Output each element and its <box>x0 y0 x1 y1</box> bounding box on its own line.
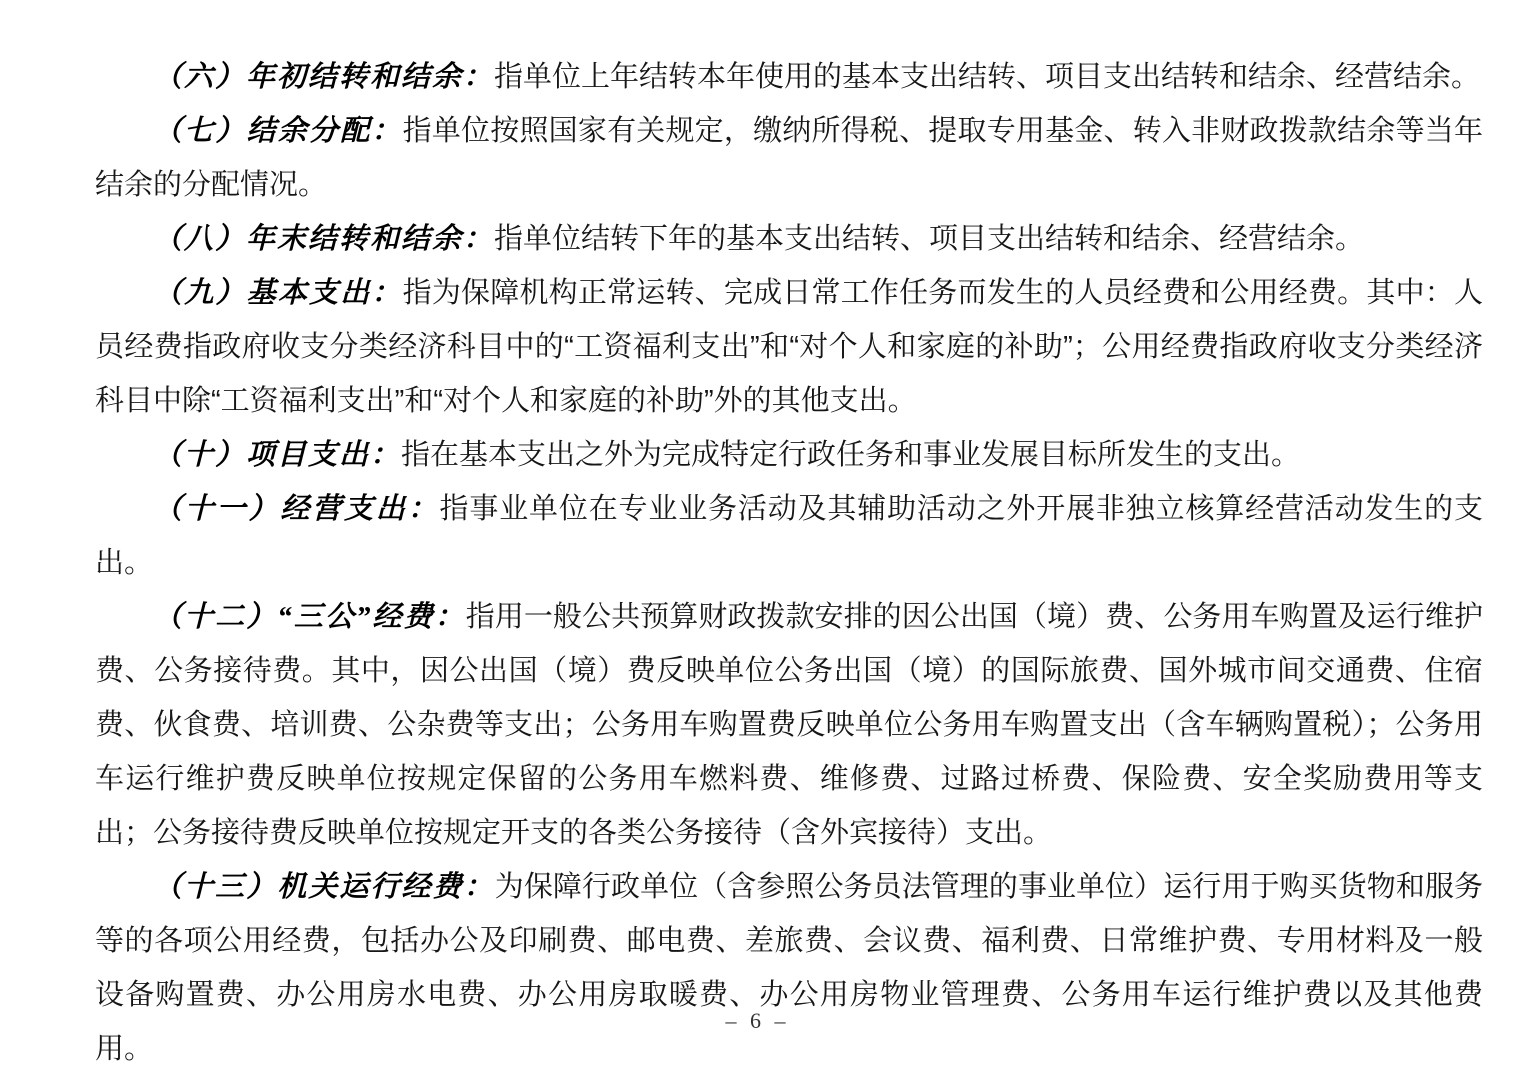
definition-paragraph: （十一）经营支出：指事业单位在专业业务活动及其辅助活动之外开展非独立核算经营活动… <box>95 482 1483 590</box>
term-label: （十）项目支出： <box>153 439 401 471</box>
document-body: （六）年初结转和结余：指单位上年结转本年使用的基本支出结转、项目支出结转和结余、… <box>95 50 1483 1069</box>
term-definition: 指用一般公共预算财政拨款安排的因公出国（境）费、公务用车购置及运行维护费、公务接… <box>95 601 1483 849</box>
term-label: （十一）经营支出： <box>153 493 440 525</box>
definition-paragraph: （七）结余分配：指单位按照国家有关规定，缴纳所得税、提取专用基金、转入非财政拨款… <box>95 104 1483 212</box>
definition-paragraph: （六）年初结转和结余：指单位上年结转本年使用的基本支出结转、项目支出结转和结余、… <box>95 50 1483 104</box>
definition-paragraph: （八）年末结转和结余：指单位结转下年的基本支出结转、项目支出结转和结余、经营结余… <box>95 212 1483 266</box>
term-label: （七）结余分配： <box>153 115 403 147</box>
term-definition: 指单位结转下年的基本支出结转、项目支出结转和结余、经营结余。 <box>494 223 1364 255</box>
term-definition: 指在基本支出之外为完成特定行政任务和事业发展目标所发生的支出。 <box>401 439 1300 471</box>
term-label: （十三）机关运行经费： <box>153 871 495 903</box>
page-number: – 6 – <box>726 1008 790 1033</box>
document-page: （六）年初结转和结余：指单位上年结转本年使用的基本支出结转、项目支出结转和结余、… <box>0 0 1515 1069</box>
definition-paragraph: （九）基本支出：指为保障机构正常运转、完成日常工作任务而发生的人员经费和公用经费… <box>95 266 1483 428</box>
term-label: （八）年末结转和结余： <box>153 223 494 255</box>
page-footer: – 6 – <box>0 1008 1515 1034</box>
term-label: （九）基本支出： <box>153 277 403 309</box>
definition-paragraph: （十三）机关运行经费：为保障行政单位（含参照公务员法管理的事业单位）运行用于购买… <box>95 860 1483 1069</box>
definition-paragraph: （十）项目支出：指在基本支出之外为完成特定行政任务和事业发展目标所发生的支出。 <box>95 428 1483 482</box>
term-definition: 指单位上年结转本年使用的基本支出结转、项目支出结转和结余、经营结余。 <box>494 61 1480 93</box>
term-label: （十二）“三公”经费： <box>153 601 466 633</box>
term-label: （六）年初结转和结余： <box>153 61 494 93</box>
definition-paragraph: （十二）“三公”经费：指用一般公共预算财政拨款安排的因公出国（境）费、公务用车购… <box>95 590 1483 860</box>
